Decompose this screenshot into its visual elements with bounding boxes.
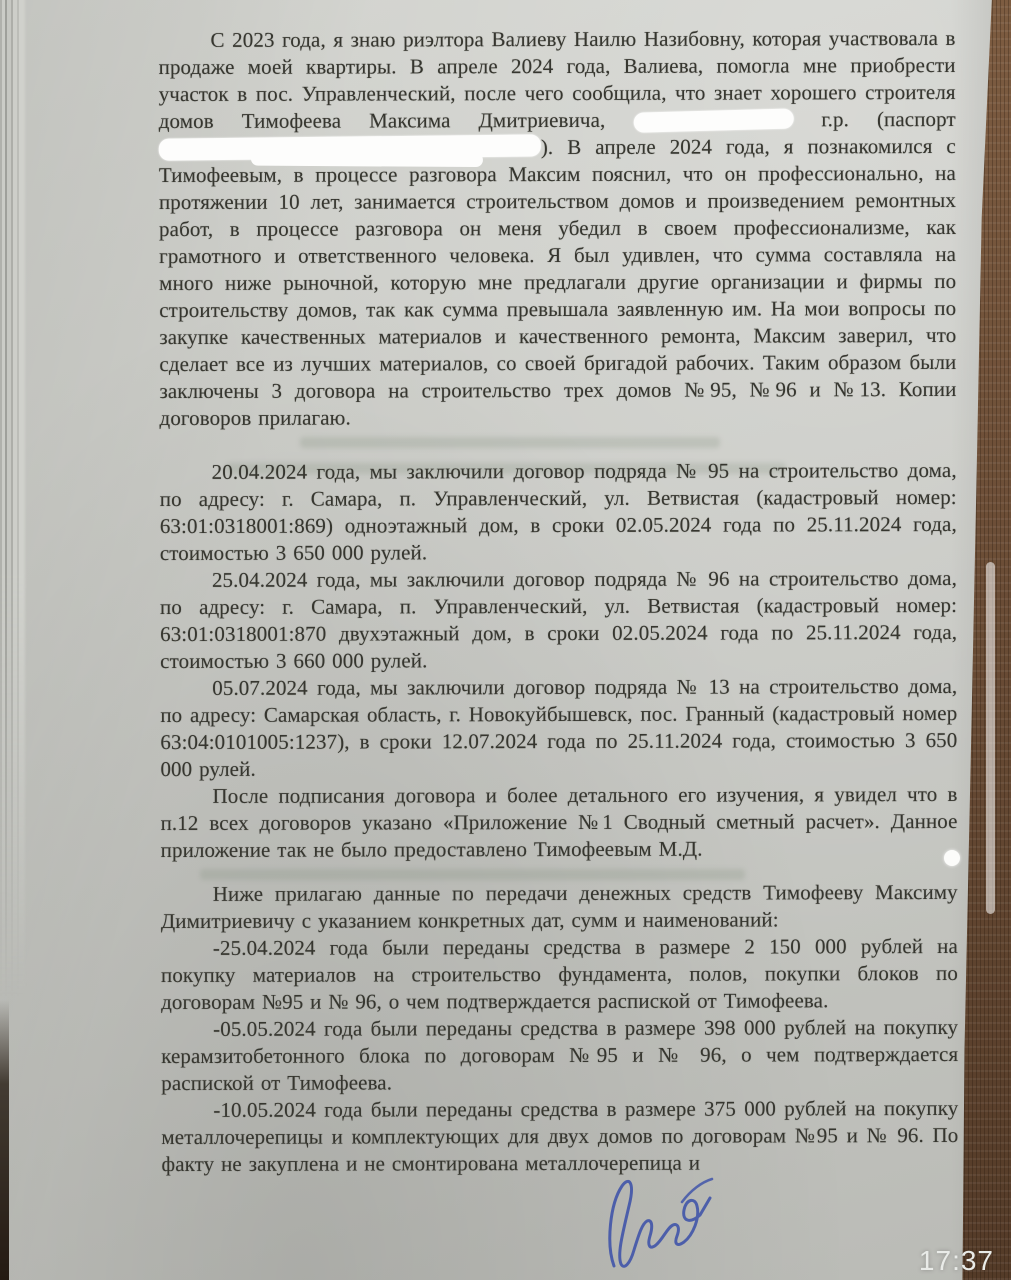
- paragraph-payment-1: -25.04.2024 года были переданы средства …: [161, 933, 958, 1016]
- paragraph-contract-95: 20.04.2024 года, мы заключили договор по…: [160, 457, 957, 567]
- timestamp-overlay: 17:37: [919, 1245, 994, 1277]
- paragraph-intro-text-c: ). В апреле 2024 года, я познакомился с …: [159, 134, 957, 430]
- paragraph-contract-13: 05.07.2024 года, мы заключили договор по…: [160, 673, 957, 783]
- paragraph-payment-2: -05.05.2024 года были переданы средства …: [161, 1014, 958, 1097]
- photo-frame: С 2023 года, я знаю риэлтора Валиеву Наи…: [0, 0, 1011, 1280]
- redaction-passport: [159, 134, 541, 160]
- paragraph-intro-text-b: г.р. (паспорт: [821, 107, 955, 131]
- signature-ink: [598, 1166, 728, 1278]
- paragraph-appendix: После подписания договора и более деталь…: [160, 781, 957, 864]
- document-text: С 2023 года, я знаю риэлтора Валиеву Наи…: [158, 25, 958, 1178]
- table-edge-left: [0, 1000, 9, 1280]
- paragraph-contract-96: 25.04.2024 года, мы заключили договор по…: [160, 565, 957, 675]
- scrollbar-thumb[interactable]: [986, 562, 995, 914]
- paragraph-intro: С 2023 года, я знаю риэлтора Валиеву Наи…: [158, 25, 956, 432]
- paper-stack-edge: [0, 0, 27, 1040]
- paragraph-payments-intro: Ниже прилагаю данные по передачи денежны…: [161, 879, 958, 935]
- redaction-birthdate: [633, 108, 793, 132]
- paragraph-payment-3: -10.05.2024 года были переданы средства …: [161, 1095, 958, 1178]
- white-speck: [944, 850, 960, 866]
